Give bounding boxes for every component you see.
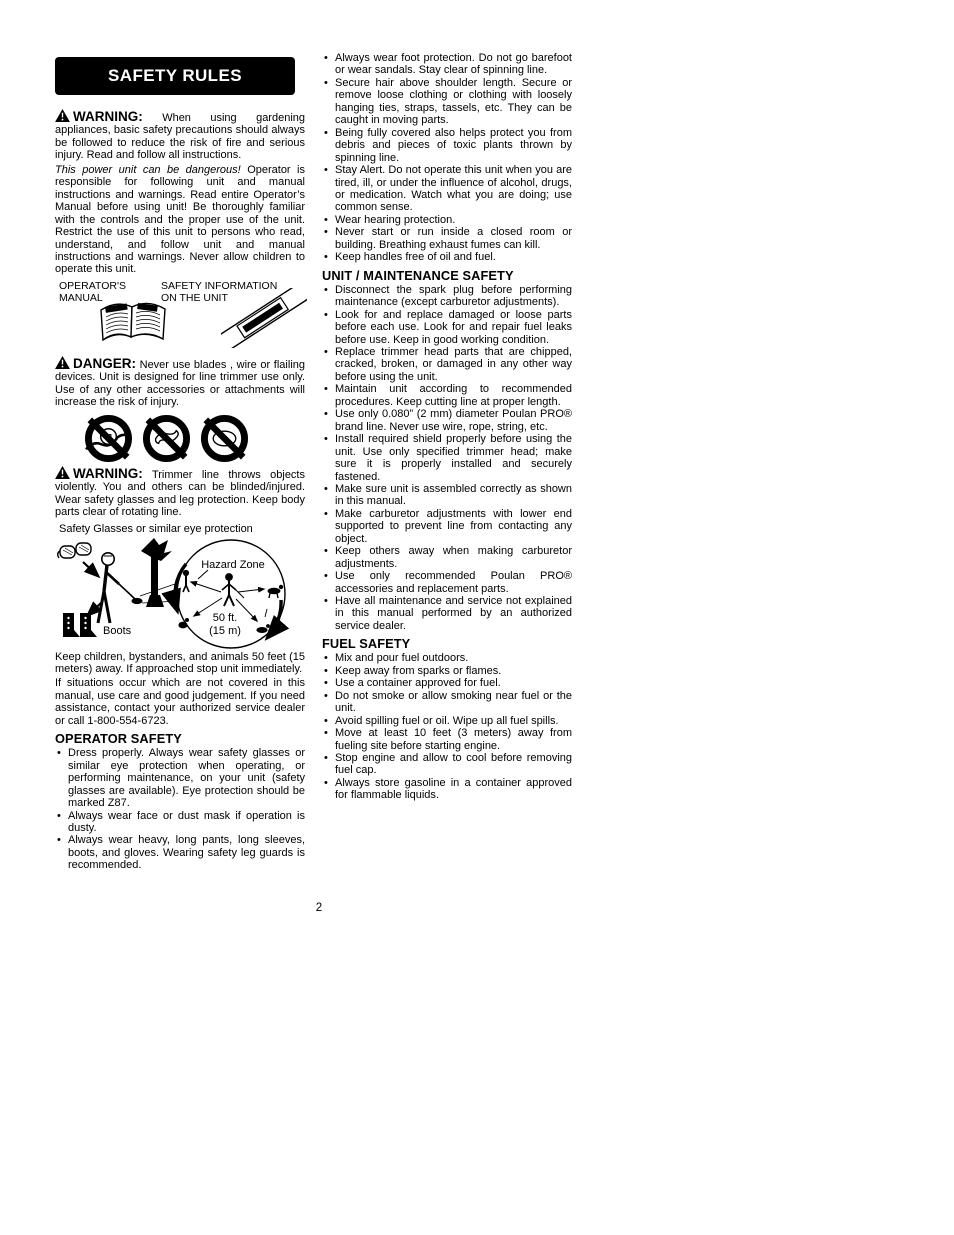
assistance-paragraph: If situations occur which are not covere… [55, 677, 305, 727]
hazard-zone-label: Hazard Zone [201, 559, 265, 571]
danger-paragraph: DANGER: Never use blades , wire or flail… [55, 356, 305, 409]
hazard-label-pointer [198, 570, 208, 579]
italic-lead: This power unit can be dangerous! [55, 164, 241, 176]
bullet-item: Use only recommended Poulan PRO® accesso… [322, 570, 572, 595]
bullet-item: Stop engine and allow to cool before rem… [322, 752, 572, 777]
left-column: SAFETY RULES WARNING: When using gardeni… [55, 57, 305, 872]
bullet-item: Look for and replace damaged or loose pa… [322, 309, 572, 346]
bullet-item: Move at least 10 feet (3 meters) away fr… [322, 727, 572, 752]
operator-safety-list-continued: Always wear foot protection. Do not go b… [322, 52, 572, 264]
right-column: Always wear foot protection. Do not go b… [322, 52, 572, 802]
bullet-item: Use a container approved for fuel. [322, 677, 572, 689]
warning-triangle-icon [55, 466, 70, 479]
goggles-arrow [83, 562, 98, 576]
open-book-icon [93, 292, 173, 350]
bullet-item: Disconnect the spark plug before perform… [322, 284, 572, 309]
warning-paragraph-2: WARNING: Trimmer line throws objects vio… [55, 466, 305, 519]
section-title-banner: SAFETY RULES [55, 57, 295, 95]
center-operator-figure [222, 573, 244, 605]
warning-label: WARNING: [73, 466, 143, 481]
bullet-item: Mix and pour fuel outdoors. [322, 652, 572, 664]
bullet-item: Replace trimmer head parts that are chip… [322, 346, 572, 383]
intro-rest: Operator is responsible for following un… [55, 164, 305, 276]
keep-away-paragraph: Keep children, bystanders, and animals 5… [55, 651, 305, 676]
manual-page: SAFETY RULES WARNING: When using gardeni… [0, 0, 954, 1235]
bullet-item: Always wear heavy, long pants, long slee… [55, 834, 305, 871]
no-wire-head-icon [85, 415, 132, 462]
bullet-item: Secure hair above shoulder length. Secur… [322, 77, 572, 127]
bullet-item: Do not smoke or allow smoking near fuel … [322, 690, 572, 715]
safety-glasses-caption: Safety Glasses or similar eye protection [59, 523, 305, 536]
page-number: 2 [308, 902, 330, 914]
prohibition-icons-row [85, 415, 305, 462]
section-heading-operator-safety: OPERATOR SAFETY [55, 731, 305, 746]
bullet-item: Being fully covered also helps protect y… [322, 127, 572, 164]
boots-label: Boots [103, 625, 132, 637]
fuel-safety-list: Mix and pour fuel outdoors. Keep away fr… [322, 652, 572, 801]
bullet-item: Have all maintenance and service not exp… [322, 595, 572, 632]
page-title: SAFETY RULES [108, 66, 242, 85]
warning-label: WARNING: [73, 109, 143, 124]
bullet-item: Stay Alert. Do not operate this unit whe… [322, 164, 572, 214]
distance-text-meters: (15 m) [209, 625, 241, 637]
no-saw-disc-icon [201, 415, 248, 462]
bullet-item: Keep away from sparks or flames. [322, 665, 572, 677]
warning-paragraph-1: WARNING: When using gardening appliances… [55, 109, 305, 162]
bullet-item: Always wear face or dust mask if operati… [55, 810, 305, 835]
tree-figure [141, 538, 172, 607]
bullet-item: Use only 0.080” (2 mm) diameter Poulan P… [322, 408, 572, 433]
goggles-icon [58, 543, 91, 558]
danger-label: DANGER: [73, 356, 136, 371]
bullet-item: Keep handles free of oil and fuel. [322, 251, 572, 263]
unit-maintenance-list: Disconnect the spark plug before perform… [322, 284, 572, 633]
bullet-item: Never start or run inside a closed room … [322, 226, 572, 251]
bullet-item: Wear hearing protection. [322, 214, 572, 226]
operator-safety-list: Dress properly. Always wear safety glass… [55, 747, 305, 872]
operator-figure [98, 552, 142, 622]
manual-and-label-figure: OPERATOR'S MANUAL SAFETY INFORMATION ON … [55, 280, 305, 356]
bullet-item: Make carburetor adjustments with lower e… [322, 508, 572, 545]
child-figure [183, 570, 189, 592]
bullet-item: Keep others away when making carburetor … [322, 545, 572, 570]
boots-icon [63, 613, 97, 637]
bullet-item: Dress properly. Always wear safety glass… [55, 747, 305, 809]
section-heading-unit-maintenance-safety: UNIT / MAINTENANCE SAFETY [322, 268, 572, 283]
bullet-item: Avoid spilling fuel or oil. Wipe up all … [322, 715, 572, 727]
shaft-warning-label-icon [221, 288, 307, 348]
bullet-item: Maintain unit according to recommended p… [322, 383, 572, 408]
bullet-item: Install required shield properly before … [322, 433, 572, 483]
warning-triangle-icon [55, 356, 70, 369]
warning-triangle-icon [55, 109, 70, 122]
bullet-item: Always wear foot protection. Do not go b… [322, 52, 572, 77]
bullet-item: Always store gasoline in a container app… [322, 777, 572, 802]
intro-paragraph: This power unit can be dangerous! Operat… [55, 164, 305, 276]
section-heading-fuel-safety: FUEL SAFETY [322, 636, 572, 651]
distance-text-feet: 50 ft. [213, 612, 237, 624]
no-flail-blade-icon [143, 415, 190, 462]
hazard-zone-illustration: Hazard Zone [55, 537, 305, 649]
bullet-item: Make sure unit is assembled correctly as… [322, 483, 572, 508]
